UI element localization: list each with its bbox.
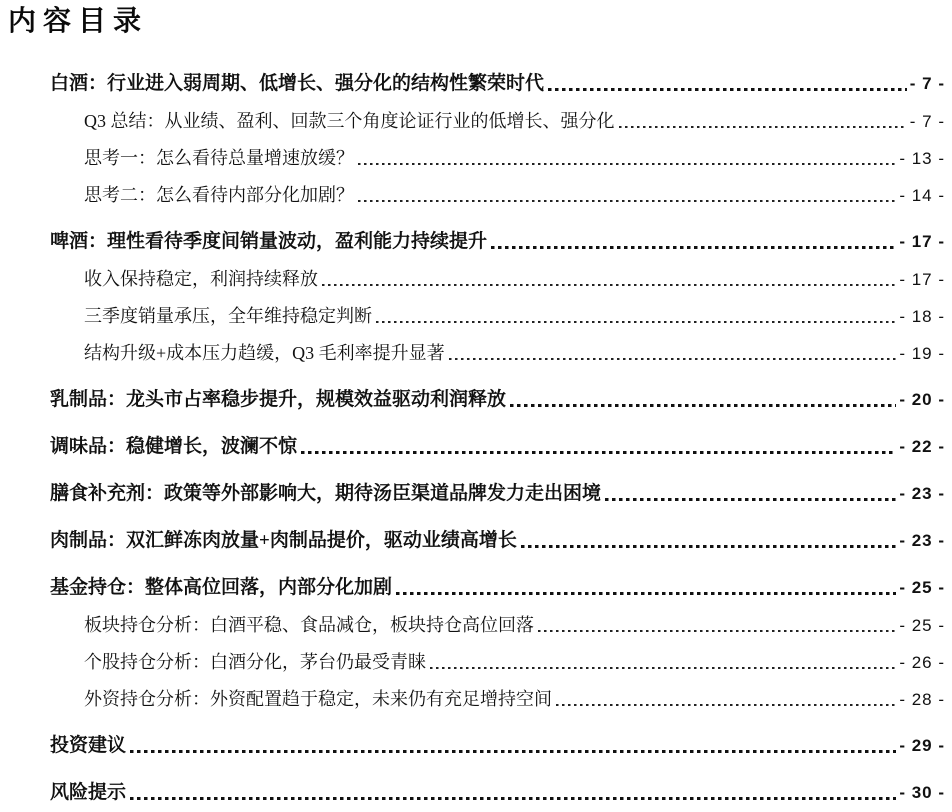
toc-title: 内容目录 [8,6,952,38]
toc-leader-dots [301,451,896,454]
toc-entry-page: - 25 - [899,614,945,638]
toc-entry[interactable]: 膳食补充剂：政策等外部影响大，期待汤臣渠道品牌发力走出困境 - 23 - [50,482,945,506]
toc-entry-label: 调味品：稳健增长，波澜不惊 [50,435,297,459]
toc-entry-page: - 13 - [899,147,945,171]
toc-entry-label: 风险提示 [50,781,126,805]
toc-entry[interactable]: 收入保持稳定，利润持续释放 - 17 - [50,267,945,291]
toc-entry-page: - 18 - [899,305,945,329]
toc-entry-page: - 25 - [899,576,945,600]
toc-entry-label: Q3 总结：从业绩、盈利、回款三个角度论证行业的低增长、强分化 [84,109,615,133]
toc-entry-page: - 22 - [899,435,945,459]
toc-leader-dots [430,667,896,669]
toc-entry-page: - 26 - [899,651,945,675]
toc-leader-dots [358,200,896,202]
toc-entry-page: - 7 - [910,72,945,96]
toc-entry-label: 收入保持稳定，利润持续释放 [84,267,318,291]
toc-entry-page: - 19 - [899,342,945,366]
toc-entry-page: - 20 - [899,388,945,412]
toc-entry[interactable]: 个股持仓分析：白酒分化，茅台仍最受青睐 - 26 - [50,650,945,674]
toc-leader-dots [130,797,896,800]
toc-entry-page: - 28 - [899,688,945,712]
toc-entry-page: - 14 - [899,184,945,208]
toc-entry[interactable]: 结构升级+成本压力趋缓，Q3 毛利率提升显著 - 19 - [50,341,945,365]
toc-entry[interactable]: 三季度销量承压，全年维持稳定判断 - 18 - [50,304,945,328]
toc-entry-label: 板块持仓分析：白酒平稳、食品减仓，板块持仓高位回落 [84,613,534,637]
document-page: 内容目录 白酒：行业进入弱周期、低增长、强分化的结构性繁荣时代 - 7 - Q3… [0,6,952,812]
toc-entry-label: 结构升级+成本压力趋缓，Q3 毛利率提升显著 [84,341,445,365]
toc-leader-dots [449,358,897,360]
toc-leader-dots [556,704,896,706]
toc-leader-dots [605,498,896,501]
toc-entry-label: 肉制品：双汇鲜冻肉放量+肉制品提价，驱动业绩高增长 [50,529,517,553]
toc-entry-label: 乳制品：龙头市占率稳步提升，规模效益驱动利润释放 [50,388,506,412]
toc-entry[interactable]: 白酒：行业进入弱周期、低增长、强分化的结构性繁荣时代 - 7 - [50,72,945,96]
toc-entry[interactable]: 投资建议 - 29 - [50,734,945,758]
toc-entry[interactable]: 肉制品：双汇鲜冻肉放量+肉制品提价，驱动业绩高增长 - 23 - [50,529,945,553]
toc-entry[interactable]: 调味品：稳健增长，波澜不惊 - 22 - [50,435,945,459]
toc-leader-dots [619,126,907,128]
toc-entry-label: 白酒：行业进入弱周期、低增长、强分化的结构性繁荣时代 [50,72,544,96]
toc-entry[interactable]: 思考二：怎么看待内部分化加剧？ - 14 - [50,183,945,207]
toc-leader-dots [358,163,896,165]
toc-entry-label: 个股持仓分析：白酒分化，茅台仍最受青睐 [84,650,426,674]
toc-entry[interactable]: 思考一：怎么看待总量增速放缓？ - 13 - [50,146,945,170]
toc-entry-label: 思考二：怎么看待内部分化加剧？ [84,183,354,207]
toc-entry-label: 啤酒：理性看待季度间销量波动，盈利能力持续提升 [50,230,487,254]
toc-entry[interactable]: 板块持仓分析：白酒平稳、食品减仓，板块持仓高位回落 - 25 - [50,613,945,637]
toc-entry[interactable]: 外资持仓分析：外资配置趋于稳定，未来仍有充足增持空间 - 28 - [50,687,945,711]
toc-entry[interactable]: 啤酒：理性看待季度间销量波动，盈利能力持续提升 - 17 - [50,230,945,254]
toc-leader-dots [510,404,896,407]
toc-entry-label: 基金持仓：整体高位回落，内部分化加剧 [50,576,392,600]
toc-list: 白酒：行业进入弱周期、低增长、强分化的结构性繁荣时代 - 7 - Q3 总结：从… [0,62,952,812]
toc-entry[interactable]: 风险提示 - 30 - [50,781,945,805]
toc-entry-page: - 17 - [899,268,945,292]
toc-entry[interactable]: Q3 总结：从业绩、盈利、回款三个角度论证行业的低增长、强分化 - 7 - [50,109,945,133]
toc-entry-page: - 17 - [899,230,945,254]
toc-leader-dots [376,321,896,323]
toc-leader-dots [548,88,907,91]
toc-entry-page: - 30 - [899,781,945,805]
toc-entry-page: - 23 - [899,529,945,553]
toc-leader-dots [322,284,896,286]
toc-entry[interactable]: 基金持仓：整体高位回落，内部分化加剧 - 25 - [50,576,945,600]
toc-leader-dots [491,246,896,249]
toc-leader-dots [538,630,896,632]
toc-entry-label: 外资持仓分析：外资配置趋于稳定，未来仍有充足增持空间 [84,687,552,711]
toc-entry-label: 投资建议 [50,734,126,758]
toc-entry-page: - 29 - [899,734,945,758]
toc-entry-label: 思考一：怎么看待总量增速放缓？ [84,146,354,170]
toc-entry-page: - 23 - [899,482,945,506]
toc-entry-label: 膳食补充剂：政策等外部影响大，期待汤臣渠道品牌发力走出困境 [50,482,601,506]
toc-leader-dots [521,545,896,548]
toc-leader-dots [130,750,896,753]
toc-entry-label: 三季度销量承压，全年维持稳定判断 [84,304,372,328]
toc-leader-dots [396,592,896,595]
toc-entry[interactable]: 乳制品：龙头市占率稳步提升，规模效益驱动利润释放 - 20 - [50,388,945,412]
toc-entry-page: - 7 - [910,110,945,134]
